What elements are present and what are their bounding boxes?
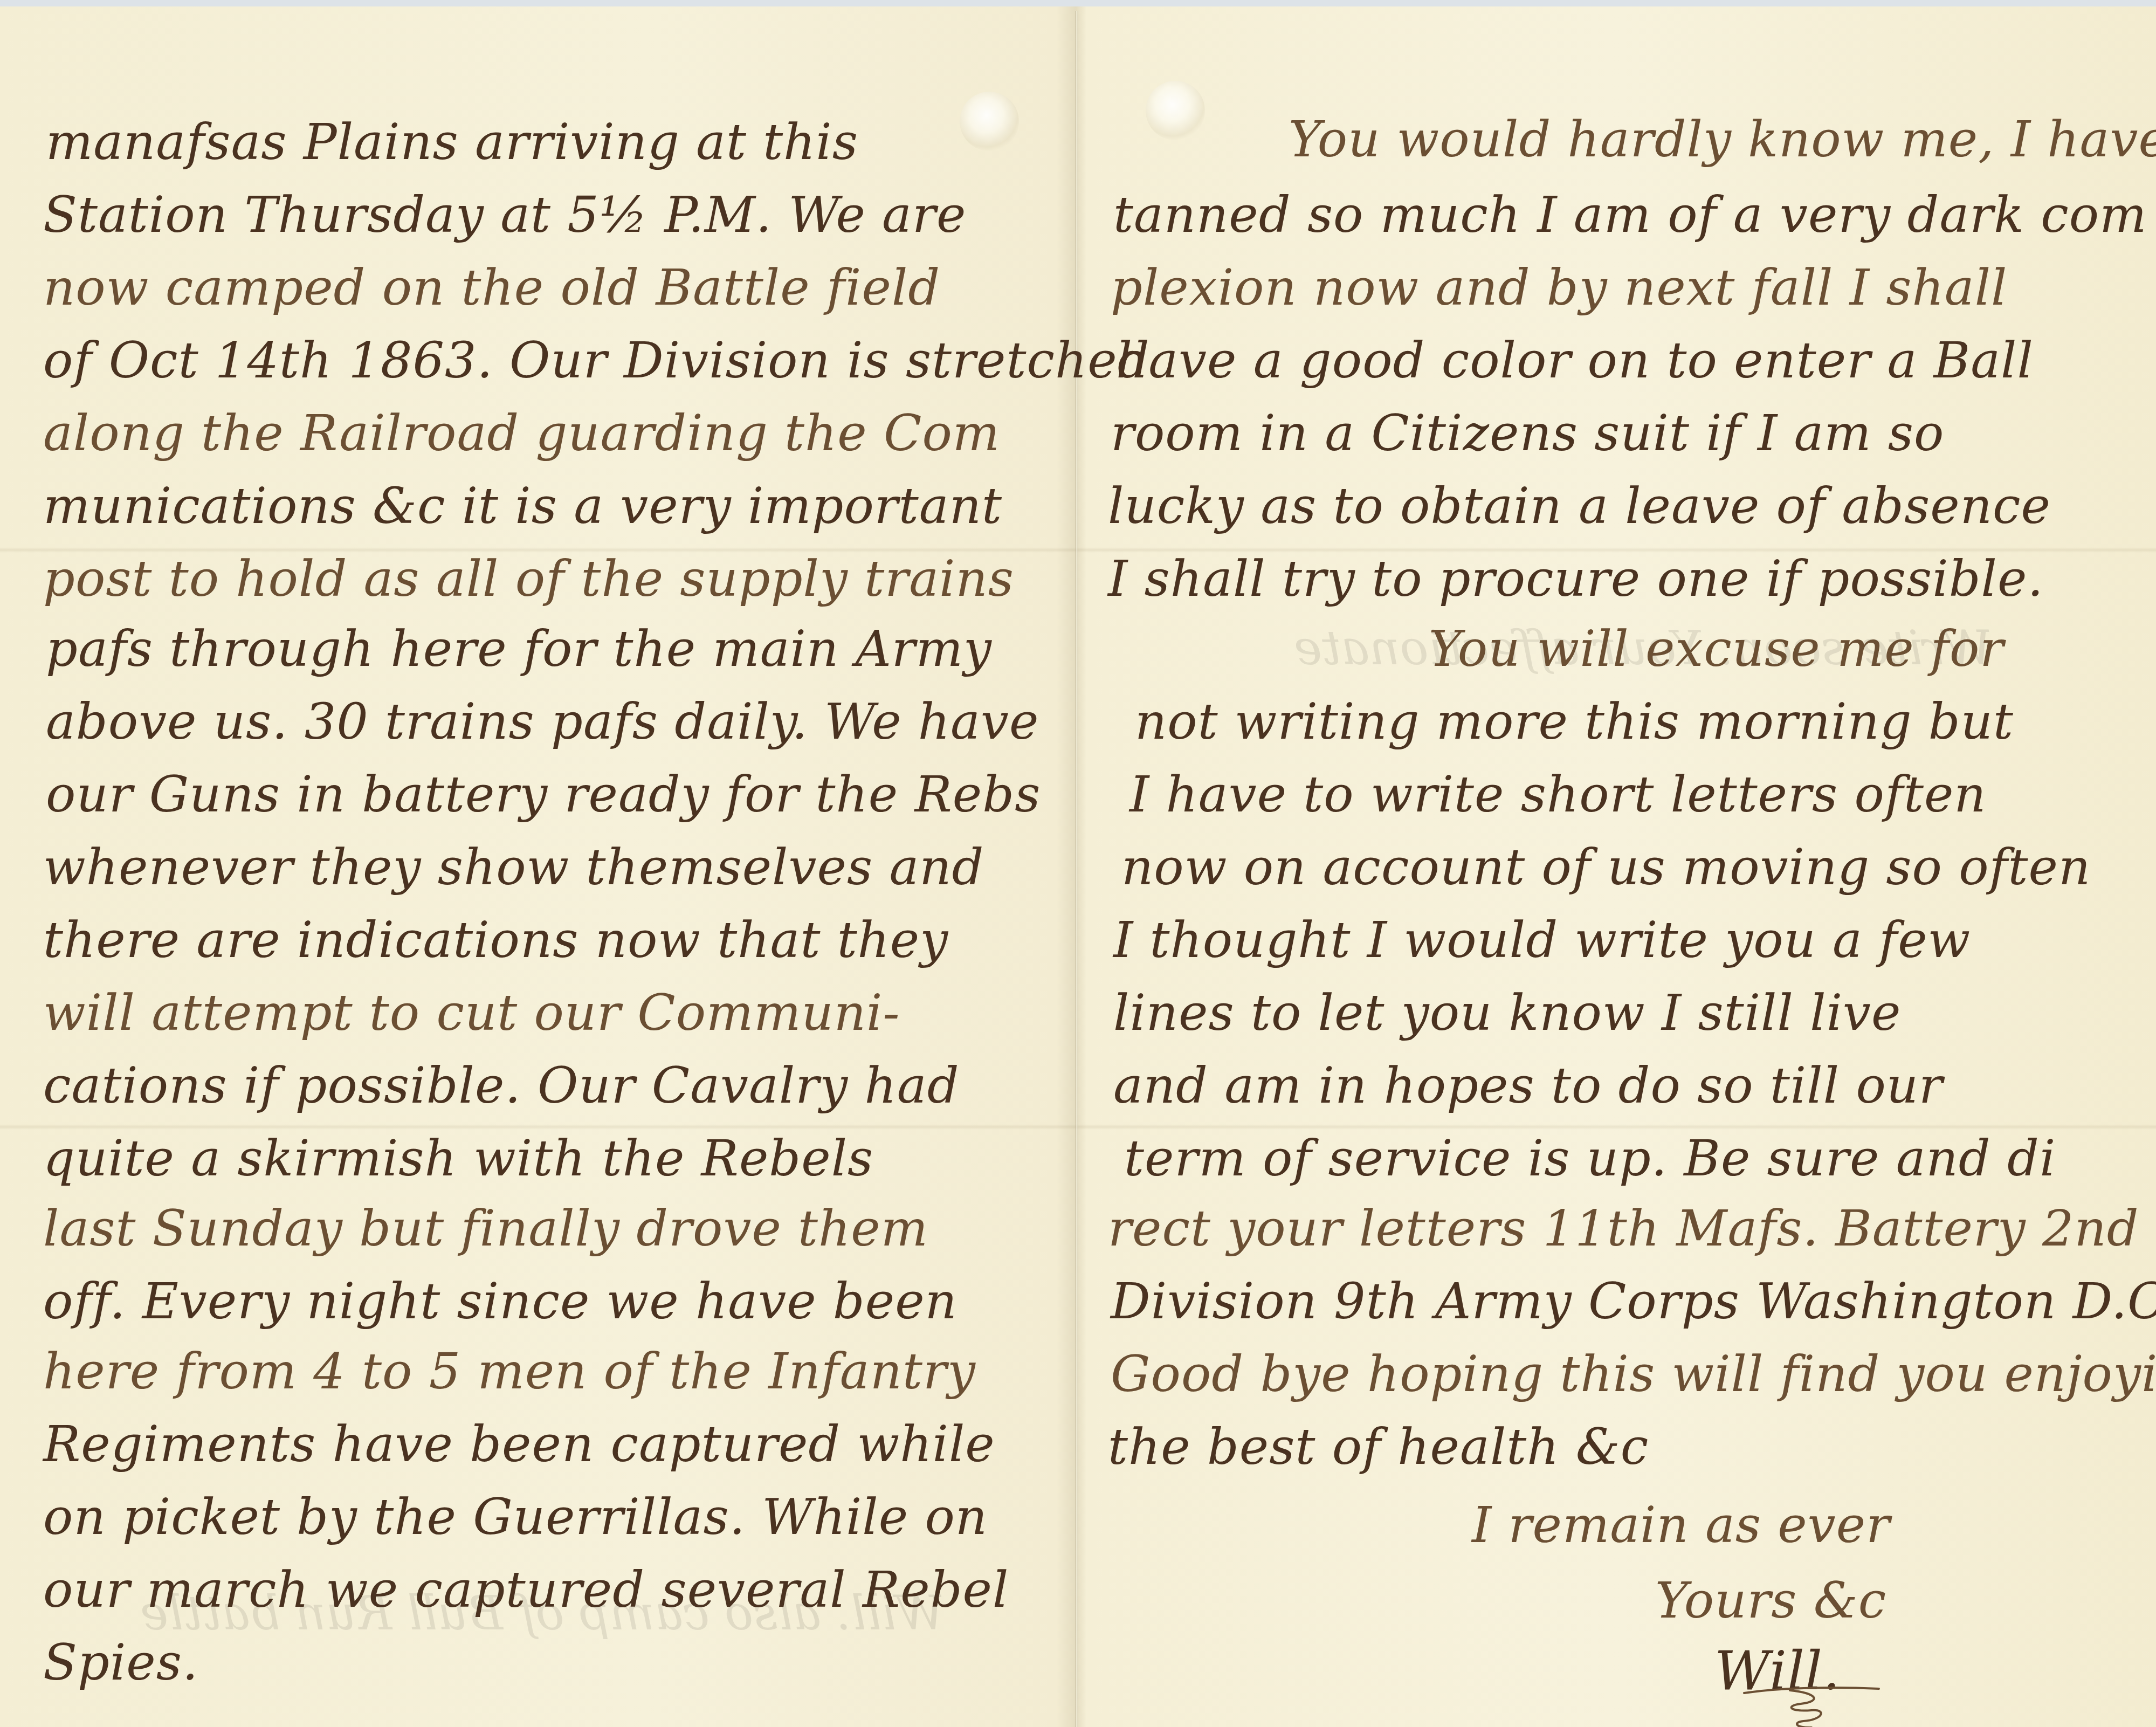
left-line-20: on picket by the Guerrillas. While on bbox=[43, 1488, 988, 1546]
right-line-1: You would hardly know me, I have bbox=[1289, 111, 2156, 168]
left-line-5: along the Railroad guarding the Com bbox=[43, 404, 1000, 462]
right-line-16: rect your letters 11th Mafs. Battery 2nd bbox=[1108, 1200, 2139, 1257]
left-line-19: Regiments have been captured while bbox=[43, 1415, 995, 1473]
left-line-11: whenever they show themselves and bbox=[43, 838, 984, 896]
left-line-18: here from 4 to 5 men of the Infantry bbox=[43, 1343, 976, 1400]
right-line-14: and am in hopes to do so till our bbox=[1113, 1057, 1943, 1114]
left-line-8: pafs through here for the main Army bbox=[46, 620, 992, 678]
left-line-21: our march we captured several Rebel bbox=[43, 1561, 1009, 1619]
signature-flourish-icon bbox=[1741, 1682, 1882, 1727]
right-line-5: room in a Citizens suit if I am so bbox=[1111, 404, 1944, 462]
right-line-9: not writing more this morning but bbox=[1135, 693, 2014, 751]
right-line-10: I have to write short letters often bbox=[1129, 766, 1987, 823]
right-line-3: plexion now and by next fall I shall bbox=[1111, 259, 2007, 316]
right-line-17: Division 9th Army Corps Washington D.C. bbox=[1111, 1272, 2156, 1330]
left-line-12: there are indications now that they bbox=[43, 911, 948, 969]
right-line-6: lucky as to obtain a leave of absence bbox=[1108, 477, 2051, 535]
right-line-13: lines to let you know I still live bbox=[1113, 984, 1901, 1042]
right-line-18: Good bye hoping this will find you enjoy… bbox=[1111, 1345, 2156, 1403]
left-line-4: of Oct 14th 1863. Our Division is stretc… bbox=[43, 332, 1150, 389]
left-line-17: off. Every night since we have been bbox=[43, 1272, 958, 1330]
right-line-19: the best of health &c bbox=[1108, 1418, 1649, 1476]
left-line-7: post to hold as all of the supply trains bbox=[43, 550, 1014, 608]
right-line-4: have a good color on to enter a Ball bbox=[1116, 332, 2034, 389]
closing-yours: Yours &c bbox=[1655, 1572, 1886, 1629]
left-line-15: quite a skirmish with the Rebels bbox=[43, 1130, 873, 1187]
right-line-8: You will excuse me for bbox=[1429, 620, 2004, 678]
left-line-22: Spies. bbox=[43, 1634, 198, 1691]
left-line-6: munications &c it is a very important bbox=[43, 477, 1002, 535]
right-line-2: tanned so much I am of a very dark com bbox=[1113, 186, 2147, 244]
closing-valediction: I remain as ever bbox=[1472, 1496, 1890, 1554]
left-page: manafsas Plains arriving at this Station… bbox=[0, 0, 1075, 1727]
right-line-7: I shall try to procure one if possible. bbox=[1108, 550, 2044, 608]
left-line-2: Station Thursday at 5½ P.M. We are bbox=[43, 186, 966, 244]
right-page: You would hardly know me, I have tanned … bbox=[1078, 0, 2156, 1727]
left-line-16: last Sunday but finally drove them bbox=[43, 1200, 928, 1257]
right-line-12: I thought I would write you a few bbox=[1113, 911, 1971, 969]
right-line-11: now on account of us moving so often bbox=[1121, 838, 2091, 896]
left-line-9: above us. 30 trains pafs daily. We have bbox=[46, 693, 1039, 751]
right-line-15: term of service is up. Be sure and di bbox=[1124, 1130, 2056, 1187]
left-line-14: cations if possible. Our Cavalry had bbox=[43, 1057, 960, 1114]
left-line-1: manafsas Plains arriving at this bbox=[46, 113, 858, 171]
left-line-13: will attempt to cut our Communi- bbox=[43, 984, 900, 1042]
left-line-3: now camped on the old Battle field bbox=[43, 259, 940, 316]
left-line-10: our Guns in battery ready for the Rebs bbox=[46, 766, 1041, 823]
